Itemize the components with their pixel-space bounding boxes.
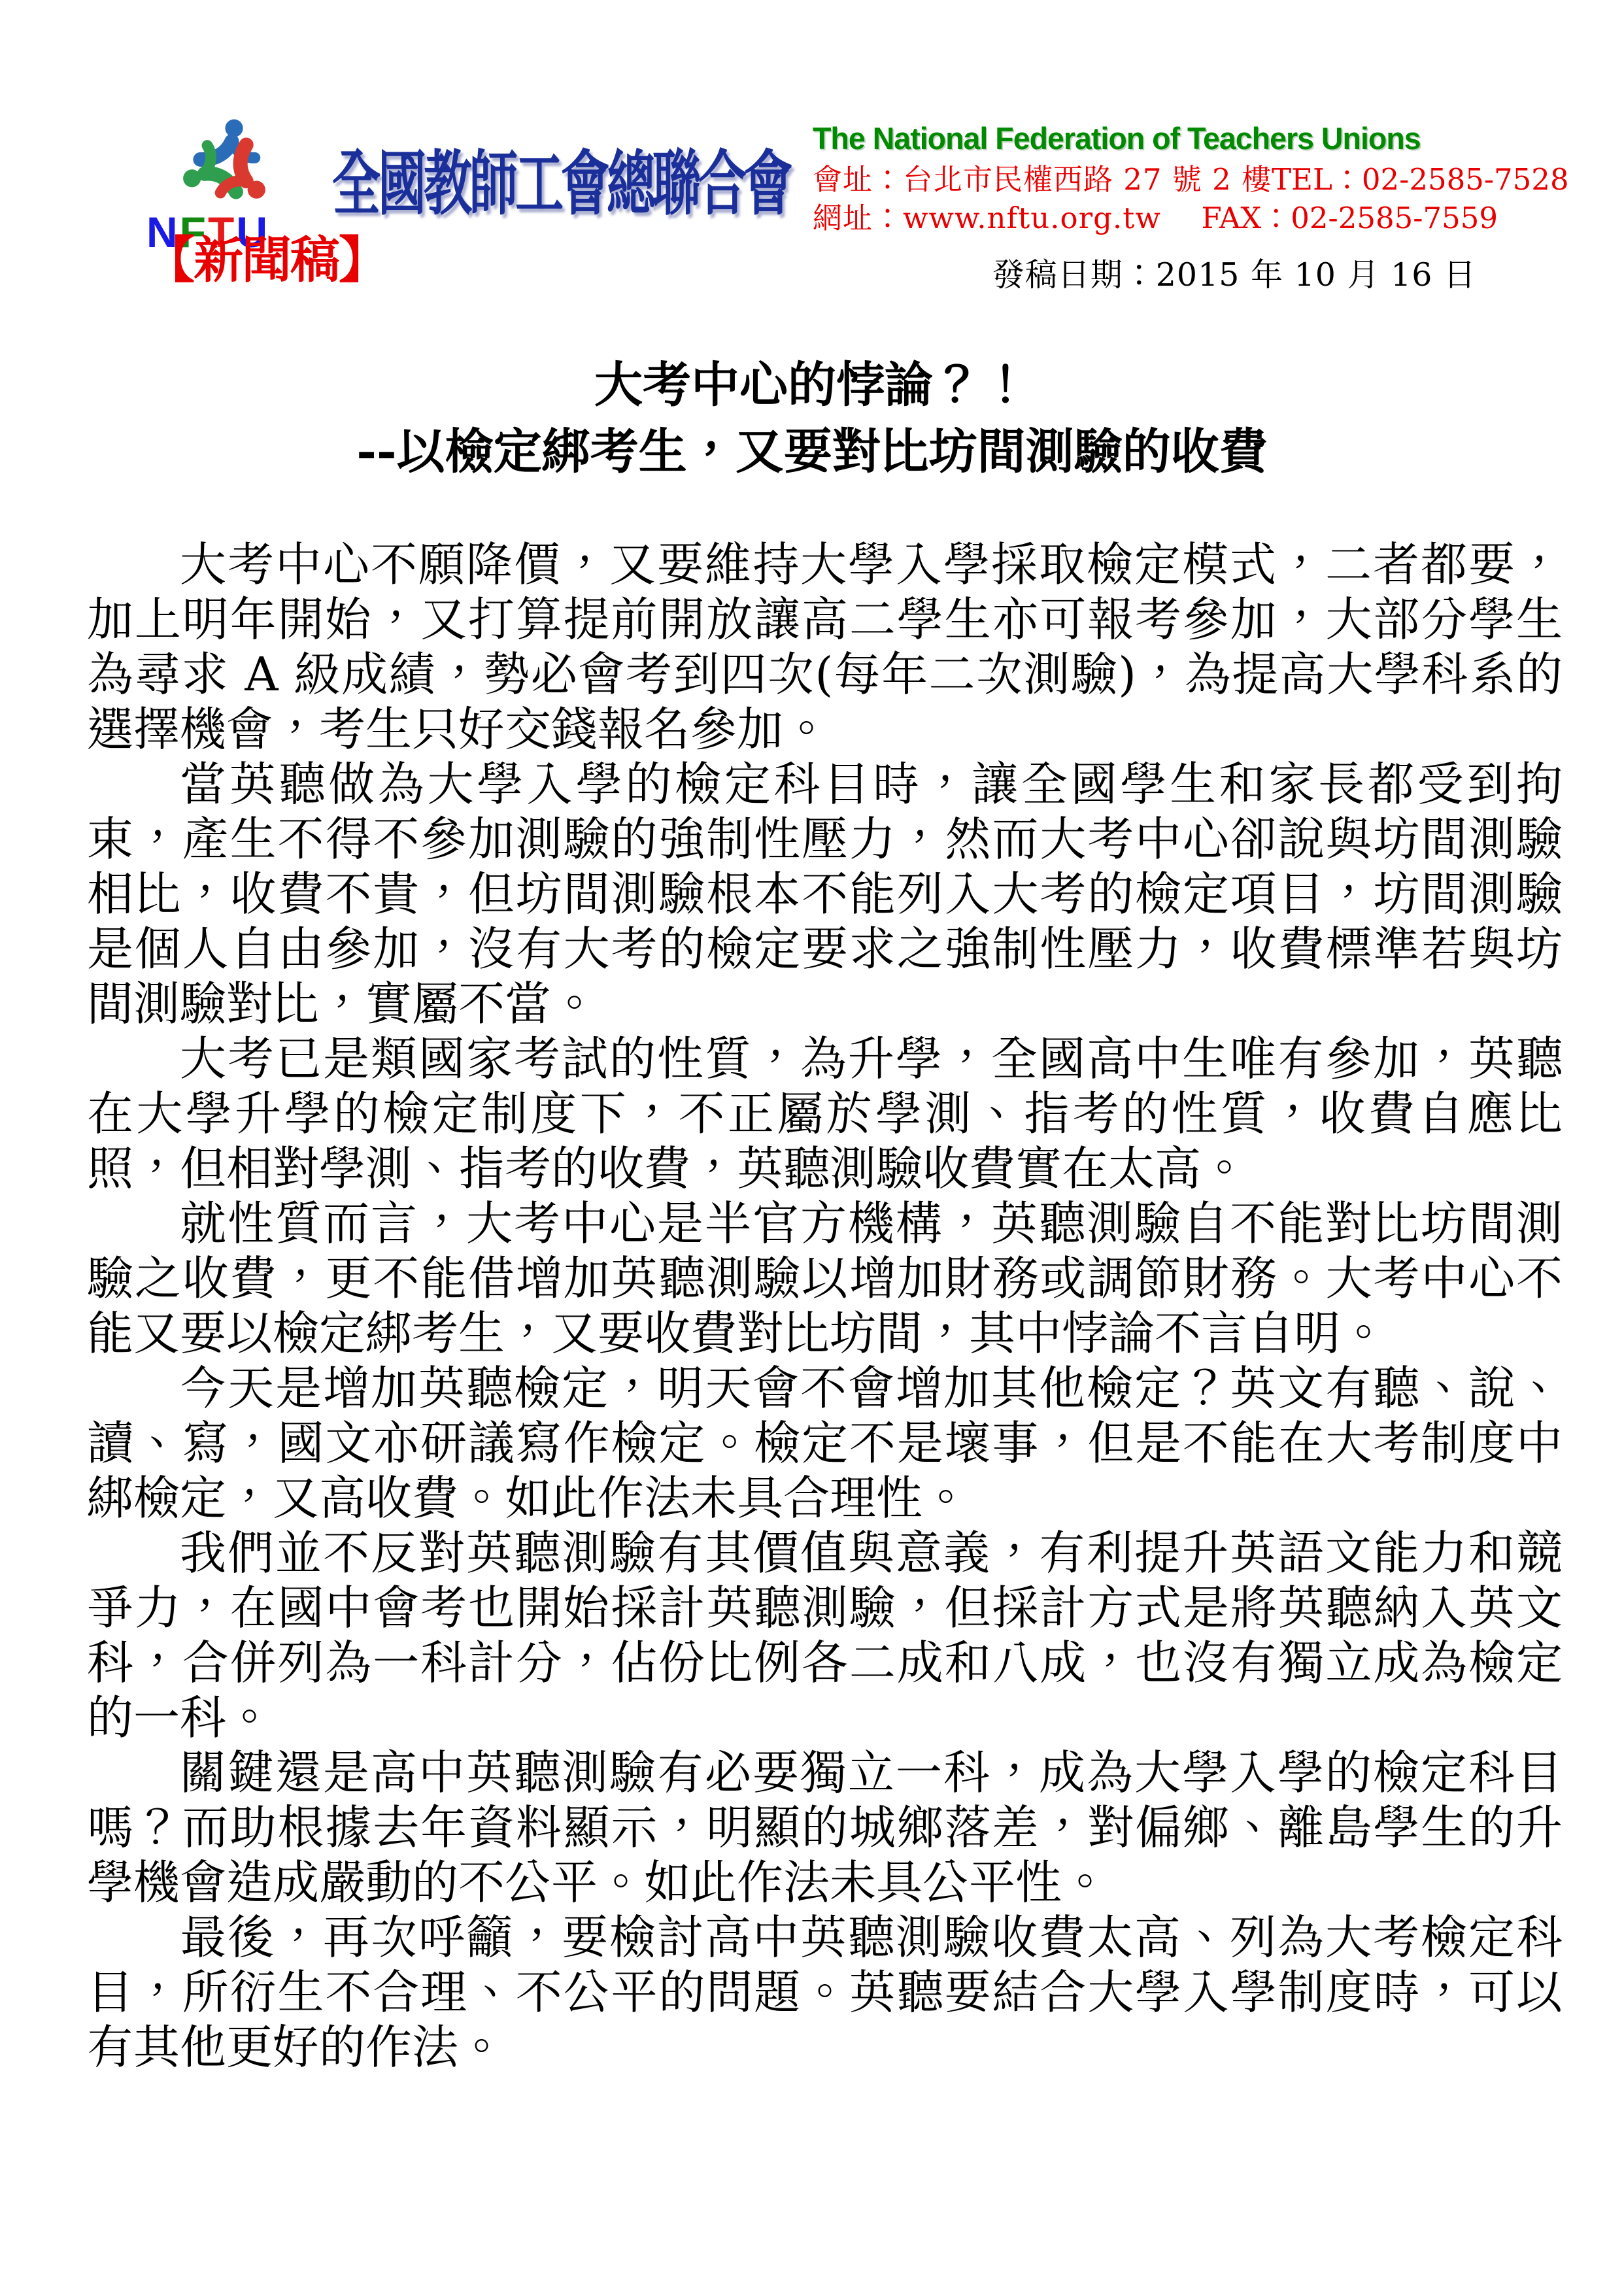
document-title: 大考中心的悖論？！ --以檢定綁考生，又要對比坊間測驗的收費 [0,352,1624,485]
paragraph: 大考中心不願降價，又要維持大學入學採取檢定模式，二者都要，加上明年開始，又打算提… [87,537,1563,757]
header-contact-block: The National Federation of Teachers Unio… [813,122,1498,233]
document-title-line1: 大考中心的悖論？！ [594,357,1030,413]
nftu-emblem-icon [139,110,316,221]
press-release-tag: 【新聞稿】 [145,230,387,290]
contact-row-2: 網址：www.nftu.org.tw FAX：02-2585-7559 [813,203,1498,233]
issue-date: 發稿日期：2015 年 10 月 16 日 [992,250,1476,295]
org-tel: TEL：02-2585-7528 [1272,165,1568,194]
org-fax: FAX：02-2585-7559 [1201,203,1498,233]
document-title-line2: --以檢定綁考生，又要對比坊間測驗的收費 [356,424,1267,480]
paragraph: 最後，再次呼籲，要檢討高中英聽測驗收費太高、列為大考檢定科目，所衍生不合理、不公… [87,1910,1563,2075]
document-body: 大考中心不願降價，又要維持大學入學採取檢定模式，二者都要，加上明年開始，又打算提… [87,537,1563,2075]
paragraph: 我們並不反對英聽測驗有其價值與意義，有利提升英語文能力和競爭力，在國中會考也開始… [87,1526,1563,1746]
press-release-page: NFTU 全國教師工會總聯合會 The National Federation … [0,0,1624,2294]
paragraph: 關鍵還是高中英聽測驗有必要獨立一科，成為大學入學的檢定科目嗎？而助根據去年資料顯… [87,1746,1563,1910]
org-address: 會址：台北市民權西路 27 號 2 樓 [813,165,1272,194]
org-name-english: The National Federation of Teachers Unio… [813,122,1491,156]
paragraph: 大考已是類國家考試的性質，為升學，全國高中生唯有參加，英聽在大學升學的檢定制度下… [87,1032,1563,1196]
paragraph: 今天是增加英聽檢定，明天會不會增加其他檢定？英文有聽、說、讀、寫，國文亦研議寫作… [87,1361,1563,1526]
paragraph: 當英聽做為大學入學的檢定科目時，讓全國學生和家長都受到拘束，產生不得不參加測驗的… [87,757,1563,1032]
paragraph: 就性質而言，大考中心是半官方機構，英聽測驗自不能對比坊間測驗之收費，更不能借增加… [87,1196,1563,1361]
org-name-calligraphy: 全國教師工會總聯合會 [332,128,790,229]
press-meta-row: 【新聞稿】 發稿日期：2015 年 10 月 16 日 [0,230,1624,295]
org-website: 網址：www.nftu.org.tw [813,203,1161,233]
contact-row-1: 會址：台北市民權西路 27 號 2 樓 TEL：02-2585-7528 [813,165,1498,194]
